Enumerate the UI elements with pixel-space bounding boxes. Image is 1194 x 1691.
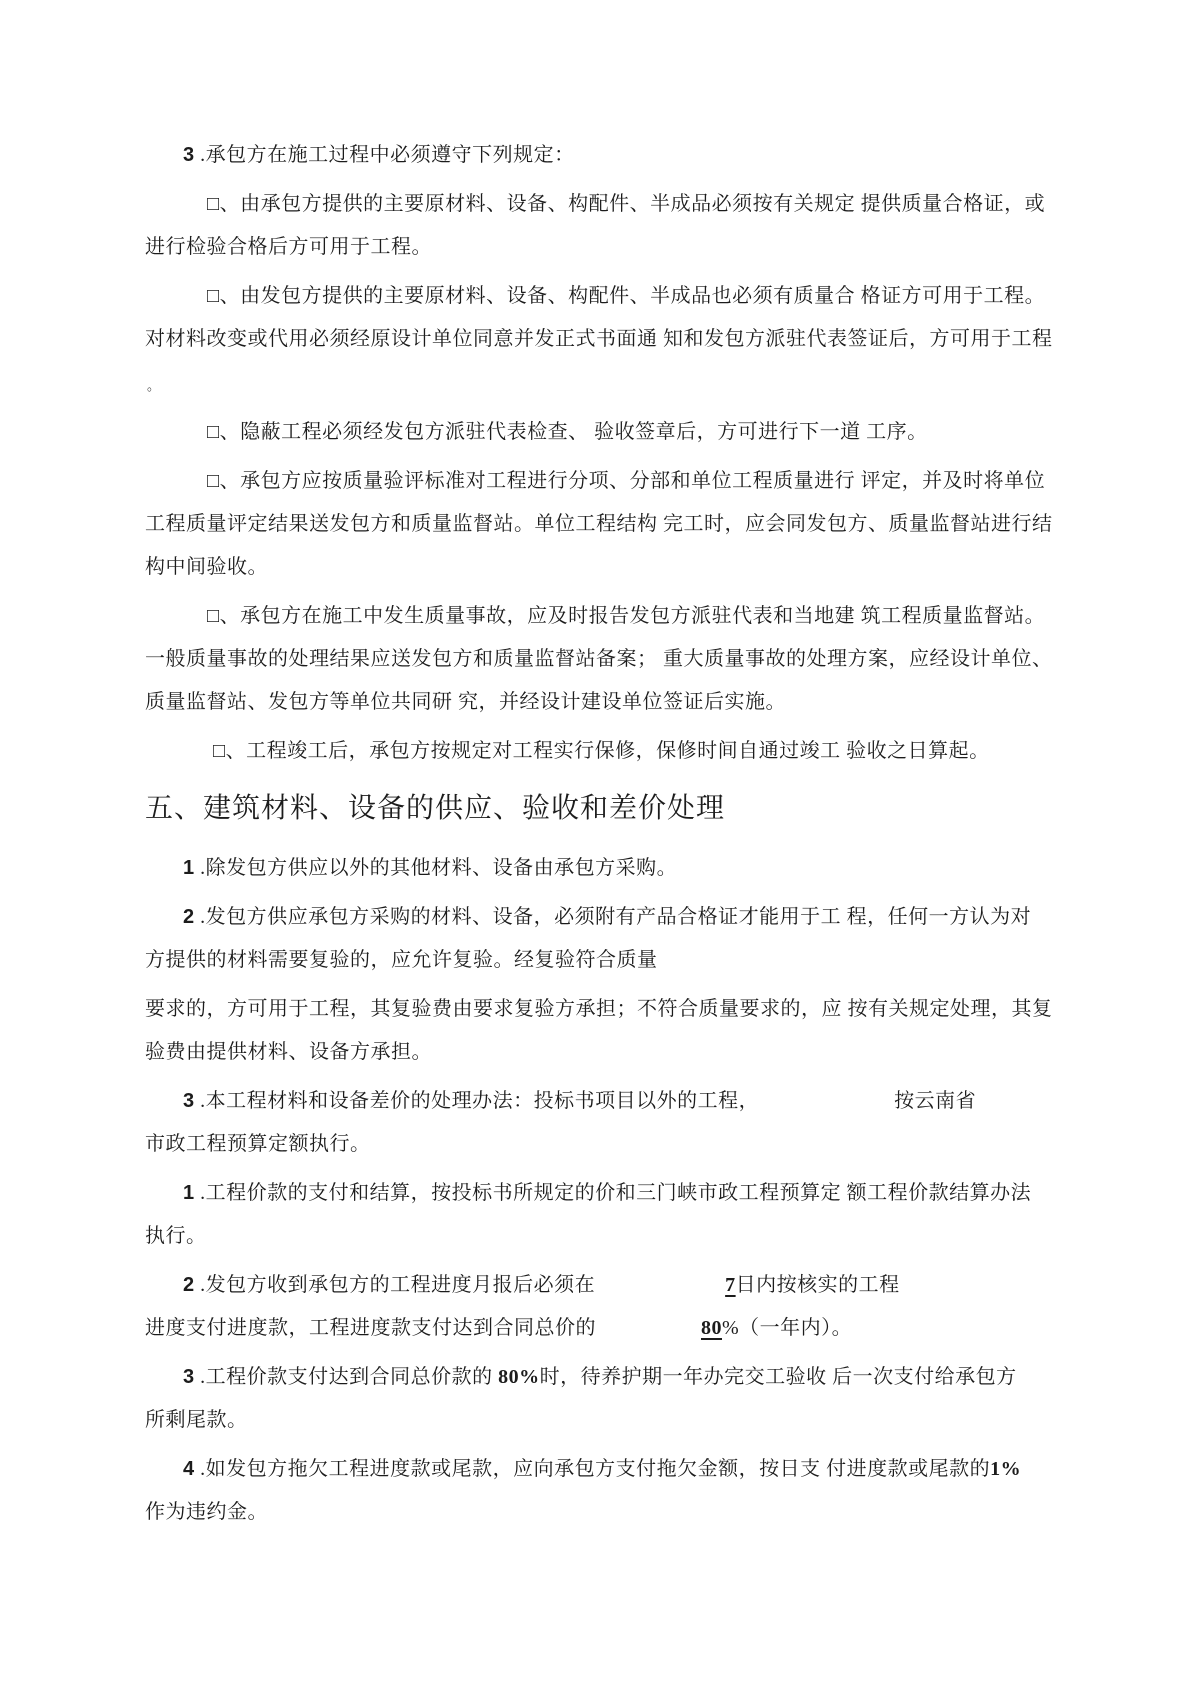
bullet-item-1: □、由承包方提供的主要原材料、设备、构配件、半成品必须按有关规定 提供质量合格证… (145, 183, 1054, 269)
contract-page: 3 .承包方在施工过程中必须遵守下列规定： □、由承包方提供的主要原材料、设备、… (0, 0, 1194, 1691)
material-item-2: 2 .发包方供应承包方采购的材料、设备，必须附有产品合格证才能用于工 程，任何一… (145, 896, 1054, 982)
clause-intro-text: .承包方在施工过程中必须遵守下列规定： (195, 144, 575, 166)
item-text: .如发包方拖欠工程进度款或尾款，应向承包方支付拖欠金额，按日支 付进度款或尾款的 (195, 1458, 991, 1480)
item-text: .除发包方供应以外的其他材料、设备由承包方采购。 (195, 857, 678, 879)
bullet-item-5: □、承包方在施工中发生质量事故，应及时报告发包方派驻代表和当地建 筑工程质量监督… (145, 595, 1054, 724)
section-5-heading: 五、建筑材料、设备的供应、验收和差价处理 (145, 785, 1054, 833)
item-text-continuation: 进度支付进度款，工程进度款支付达到合同总价的 (145, 1317, 596, 1339)
clause-3-intro: 3 .承包方在施工过程中必须遵守下列规定： (145, 134, 1054, 177)
material-item-2-continuation: 要求的，方可用于工程，其复验费由要求复验方承担；不符合质量要求的，应 按有关规定… (145, 988, 1054, 1074)
blank-fill-space (759, 1106, 894, 1107)
material-item-3: 3 .本工程材料和设备差价的处理办法：投标书项目以外的工程，按云南省市政工程预算… (145, 1080, 1054, 1166)
item-number: 3 (183, 1366, 195, 1388)
item-text: .本工程材料和设备差价的处理办法：投标书项目以外的工程， (195, 1090, 760, 1112)
bullet-item-4: □、承包方应按质量验评标准对工程进行分项、分部和单位工程质量进行 评定，并及时将… (145, 460, 1054, 589)
payment-item-1: 1 .工程价款的支付和结算，按投标书所规定的价和三门峡市政工程预算定 额工程价款… (145, 1172, 1054, 1258)
blank-fill-space (595, 1290, 725, 1291)
item-number: 2 (183, 906, 195, 928)
days-value: 7 (725, 1274, 736, 1296)
bullet-item-6: □、工程竣工后，承包方按规定对工程实行保修，保修时间自通过竣工 验收之日算起。 (145, 730, 1054, 773)
material-item-1: 1 .除发包方供应以外的其他材料、设备由承包方采购。 (145, 847, 1054, 890)
item-number: 2 (183, 1274, 195, 1296)
payment-item-2: 2 .发包方收到承包方的工程进度月报后必须在7日内按核实的工程进度支付进度款，工… (145, 1264, 1054, 1350)
item-text: .发包方收到承包方的工程进度月报后必须在 (195, 1274, 596, 1296)
payment-item-3: 3 .工程价款支付达到合同总价款的 80%时，待养护期一年办完交工验收 后一次支… (145, 1356, 1054, 1442)
item-number: 3 (183, 1090, 195, 1112)
blank-fill-space (596, 1333, 701, 1334)
item-text: 日内按核实的工程 (736, 1274, 900, 1296)
bullet-item-3: □、隐蔽工程必须经发包方派驻代表检查、 验收签章后，方可进行下一道 工序。 (145, 411, 1054, 454)
bullet-item-2: □、由发包方提供的主要原材料、设备、构配件、半成品也必须有质量合 格证方可用于工… (145, 275, 1054, 361)
percent-value: 1% (990, 1458, 1021, 1480)
item-number: 1 (183, 1182, 195, 1204)
payment-item-4: 4 .如发包方拖欠工程进度款或尾款，应向承包方支付拖欠金额，按日支 付进度款或尾… (145, 1448, 1054, 1534)
stray-period: 。 (147, 367, 1054, 405)
province-text: 按云南省 (894, 1090, 976, 1112)
item-text: .发包方供应承包方采购的材料、设备，必须附有产品合格证才能用于工 程，任何一方认… (145, 906, 1031, 971)
item-text: .工程价款的支付和结算，按投标书所规定的价和三门峡市政工程预算定 额工程价款结算… (145, 1182, 1031, 1247)
percent-value: 80 (701, 1317, 722, 1339)
item-text-continuation: 市政工程预算定额执行。 (145, 1133, 371, 1155)
clause-number: 3 (183, 144, 195, 166)
item-number: 1 (183, 857, 195, 879)
item-text: %（一年内）。 (722, 1317, 852, 1339)
item-text: 作为违约金。 (145, 1501, 268, 1523)
item-number: 4 (183, 1458, 195, 1480)
percent-value: 80% (498, 1366, 540, 1388)
item-text: .工程价款支付达到合同总价款的 (195, 1366, 499, 1388)
